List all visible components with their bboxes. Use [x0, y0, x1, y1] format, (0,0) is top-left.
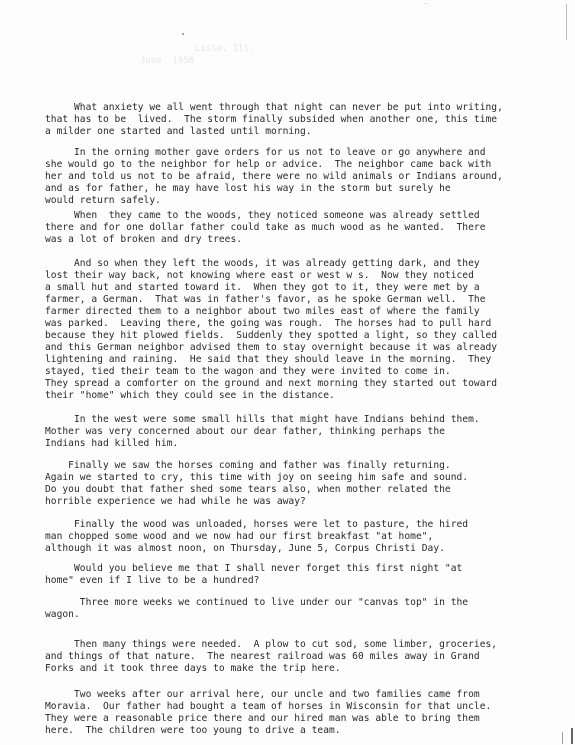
text-line: there and for one dollar father could ta… — [45, 222, 486, 234]
text-line: Moravia. Our father had bought a team of… — [45, 701, 491, 713]
text-line: a small hut and started toward it. When … — [45, 282, 480, 294]
text-line: What anxiety we all went through that ni… — [45, 102, 503, 114]
text-line: Three more weeks we continued to live un… — [45, 597, 468, 609]
scan-edge-mark — [562, 732, 563, 744]
text-line: here. The children were too young to dri… — [45, 725, 341, 737]
text-line: In the orning mother gave orders for us … — [45, 147, 486, 159]
text-line: Then many things were needed. A plow to … — [45, 639, 497, 651]
scan-edge-mark — [566, 4, 567, 40]
text-line: a milder one started and lasted until mo… — [45, 126, 312, 138]
text-line: was parked. Leaving there, the going was… — [45, 318, 491, 330]
text-line: she would go to the neighbor for help or… — [45, 159, 491, 171]
text-line: They spread a comforter on the ground an… — [45, 378, 497, 390]
text-line: And so when they left the woods, it was … — [45, 258, 480, 270]
text-line: farmer, a German. That was in father's f… — [45, 294, 486, 306]
text-line: would return safely. — [45, 195, 161, 207]
text-line: wagon. — [45, 609, 80, 621]
text-line: Forks and it took three days to make the… — [45, 663, 341, 675]
text-line: Indians had killed him. — [45, 438, 178, 450]
text-line: stayed, tied their team to the wagon and… — [45, 366, 451, 378]
scan-speck — [182, 33, 184, 35]
text-line: Two weeks after our arrival here, our un… — [45, 689, 480, 701]
text-line: Again we started to cry, this time with … — [45, 472, 468, 484]
text-line: although it was almost noon, on Thursday… — [45, 543, 445, 555]
text-line: When they came to the woods, they notice… — [45, 210, 480, 222]
text-line: Finally the wood was unloaded, horses we… — [45, 519, 468, 531]
text-line: her and told us not to be afraid, there … — [45, 171, 503, 183]
text-line: because they hit plowed fields. Suddenly… — [45, 330, 497, 342]
text-line: lost their way back, not knowing where e… — [45, 270, 474, 282]
text-line: Do you doubt that father shed some tears… — [45, 484, 451, 496]
text-line: farmer directed them to a neighbor about… — [45, 306, 480, 318]
bleed-through-text: June 1958 — [140, 56, 194, 66]
text-line: their "home" which they could see in the… — [45, 390, 335, 402]
text-line: In the west were some small hills that m… — [45, 414, 480, 426]
text-line: Finally we saw the horses coming and fat… — [45, 460, 451, 472]
text-line: and things of that nature. The nearest r… — [45, 651, 480, 663]
text-line: horrible experience we had while he was … — [45, 496, 306, 508]
text-line: Would you believe me that I shall never … — [45, 563, 462, 575]
text-line: home" even if I live to be a hundred? — [45, 575, 259, 587]
scanned-document-page: Lisle, Ill. June 1958 What anxiety we al… — [0, 0, 575, 745]
text-line: and this German neighbor advised them to… — [45, 342, 497, 354]
text-line: man chopped some wood and we now had our… — [45, 531, 433, 543]
text-line: They were a reasonable price there and o… — [45, 713, 480, 725]
bleed-through-text: Lisle, Ill. — [195, 44, 255, 54]
scan-edge-mark — [571, 728, 573, 744]
text-line: lightening and raining. He said that the… — [45, 354, 491, 366]
text-line: was a lot of broken and dry trees. — [45, 234, 242, 246]
text-line: that has to be lived. The storm finally … — [45, 114, 497, 126]
text-line: Mother was very concerned about our dear… — [45, 426, 445, 438]
scan-speck — [425, 3, 426, 4]
text-line: and as for father, he may have lost his … — [45, 183, 451, 195]
